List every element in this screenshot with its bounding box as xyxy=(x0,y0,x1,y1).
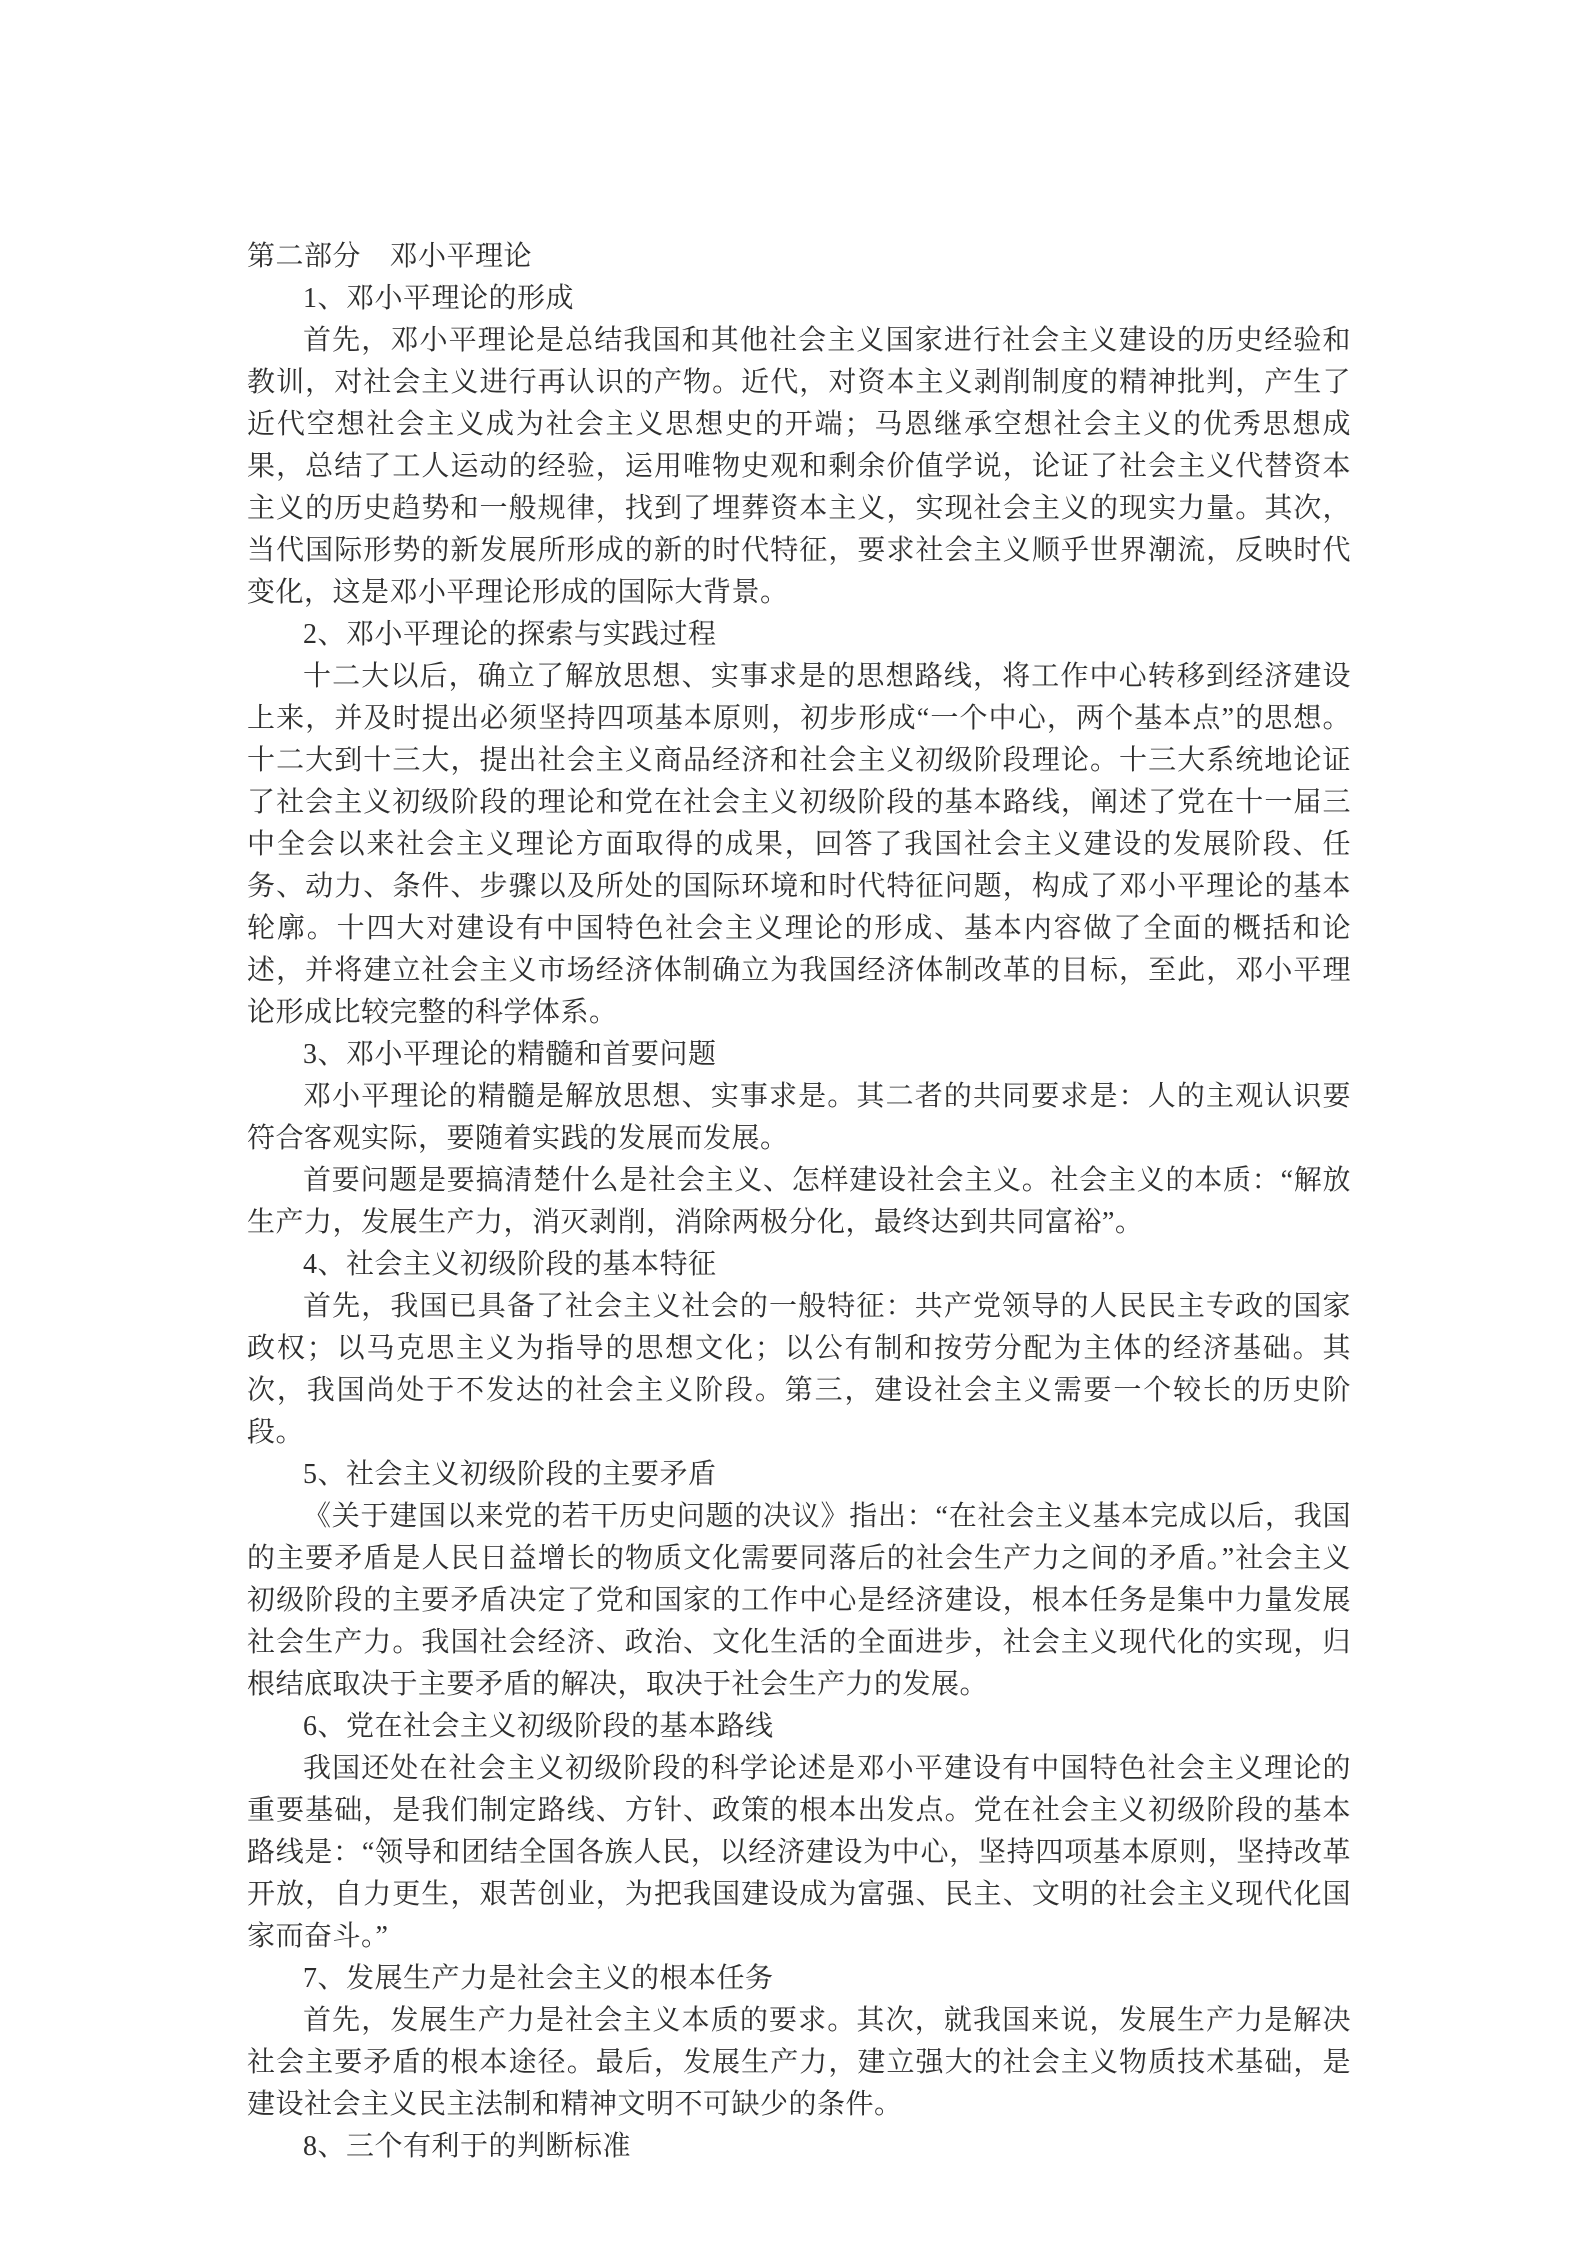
section-5-heading: 5、社会主义初级阶段的主要矛盾 xyxy=(247,1454,1351,1496)
section-2-heading: 2、邓小平理论的探索与实践过程 xyxy=(247,614,1351,656)
document-page: 第二部分 邓小平理论 1、邓小平理论的形成 首先，邓小平理论是总结我国和其他社会… xyxy=(0,0,1594,2252)
section-7-heading: 7、发展生产力是社会主义的根本任务 xyxy=(247,1958,1351,2000)
section-5-paragraph-1: 《关于建国以来党的若干历史问题的决议》指出：“在社会主义基本完成以后，我国的主要… xyxy=(247,1496,1351,1706)
section-4-paragraph-1: 首先，我国已具备了社会主义社会的一般特征：共产党领导的人民民主专政的国家政权；以… xyxy=(247,1286,1351,1454)
section-7-paragraph-1: 首先，发展生产力是社会主义本质的要求。其次，就我国来说，发展生产力是解决社会主要… xyxy=(247,2000,1351,2126)
section-3-paragraph-1: 邓小平理论的精髓是解放思想、实事求是。其二者的共同要求是：人的主观认识要符合客观… xyxy=(247,1076,1351,1160)
section-4-heading: 4、社会主义初级阶段的基本特征 xyxy=(247,1244,1351,1286)
section-2-paragraph-1: 十二大以后，确立了解放思想、实事求是的思想路线，将工作中心转移到经济建设上来，并… xyxy=(247,656,1351,1034)
section-6-paragraph-1: 我国还处在社会主义初级阶段的科学论述是邓小平建设有中国特色社会主义理论的重要基础… xyxy=(247,1748,1351,1958)
section-1-heading: 1、邓小平理论的形成 xyxy=(247,278,1351,320)
part-title: 第二部分 邓小平理论 xyxy=(247,236,1351,278)
section-8-heading: 8、三个有利于的判断标准 xyxy=(247,2126,1351,2168)
section-1-paragraph-1: 首先，邓小平理论是总结我国和其他社会主义国家进行社会主义建设的历史经验和教训，对… xyxy=(247,320,1351,614)
document-body: 第二部分 邓小平理论 1、邓小平理论的形成 首先，邓小平理论是总结我国和其他社会… xyxy=(247,236,1351,2168)
section-3-paragraph-2: 首要问题是要搞清楚什么是社会主义、怎样建设社会主义。社会主义的本质：“解放生产力… xyxy=(247,1160,1351,1244)
section-3-heading: 3、邓小平理论的精髓和首要问题 xyxy=(247,1034,1351,1076)
section-6-heading: 6、党在社会主义初级阶段的基本路线 xyxy=(247,1706,1351,1748)
